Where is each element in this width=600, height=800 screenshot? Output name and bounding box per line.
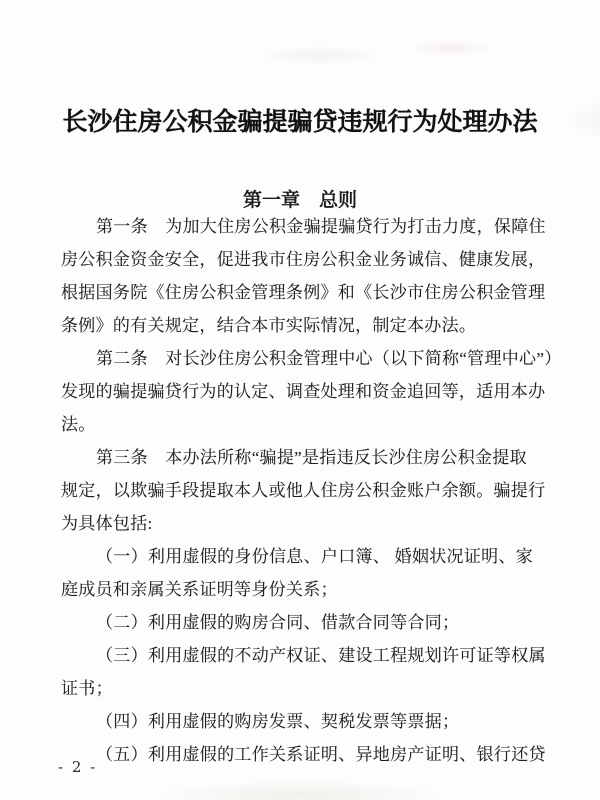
body-line: （四）利用虚假的购房发票、契税发票等票据； xyxy=(61,705,547,738)
page-number: - 2 - xyxy=(58,758,97,776)
document-title: 长沙住房公积金骗提骗贷违规行为处理办法 xyxy=(0,105,600,141)
body-line: 发现的骗提骗贷行为的认定、调查处理和资金追回等，适用本办 xyxy=(61,375,547,408)
body-line: 条例》的有关规定，结合本市实际情况，制定本办法。 xyxy=(61,309,547,342)
body-line: （五）利用虚假的工作关系证明、异地房产证明、银行还贷 xyxy=(61,738,547,771)
body-line: 房公积金资金安全，促进我市住房公积金业务诚信、健康发展， xyxy=(61,243,547,276)
body-line: 第三条 本办法所称“骗提”是指违反长沙住房公积金提取 xyxy=(61,441,547,474)
document-body: 第一条 为加大住房公积金骗提骗贷行为打击力度，保障住房公积金资金安全，促进我市住… xyxy=(61,210,547,771)
body-line: （三）利用虚假的不动产权证、建设工程规划许可证等权属 xyxy=(61,639,547,672)
body-line: 第一条 为加大住房公积金骗提骗贷行为打击力度，保障住 xyxy=(61,210,547,243)
body-line: 根据国务院《住房公积金管理条例》和《长沙市住房公积金管理 xyxy=(61,276,547,309)
body-line: 证书； xyxy=(61,672,547,705)
body-line: 第二条 对长沙住房公积金管理中心（以下简称“管理中心”） xyxy=(61,342,547,375)
body-line: （一）利用虚假的身份信息、户口簿、 婚姻状况证明、家 xyxy=(61,540,547,573)
body-line: 规定，以欺骗手段提取本人或他人住房公积金账户余额。骗提行 xyxy=(61,474,547,507)
scanned-page-background: 长沙住房公积金骗提骗贷违规行为处理办法 第一章 总则 第一条 为加大住房公积金骗… xyxy=(0,0,600,800)
body-line: （二）利用虚假的购房合同、借款合同等合同； xyxy=(61,606,547,639)
body-line: 庭成员和亲属关系证明等身份关系； xyxy=(61,573,547,606)
body-line: 为具体包括: xyxy=(61,507,547,540)
body-line: 法。 xyxy=(61,408,547,441)
